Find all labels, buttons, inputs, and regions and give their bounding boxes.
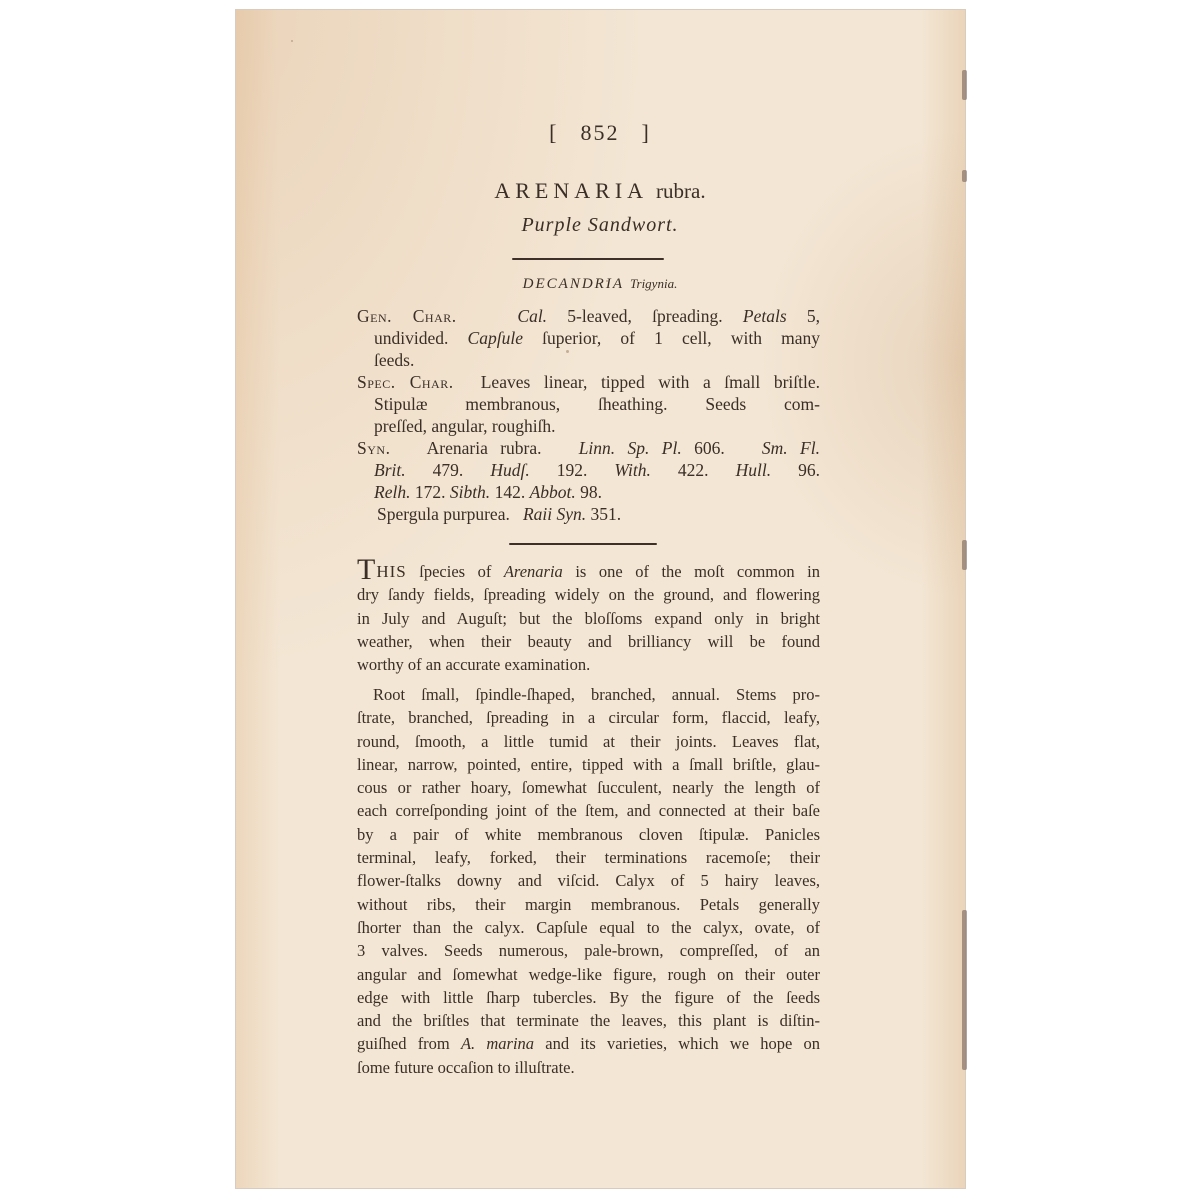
syn-page: 142. <box>490 482 529 502</box>
body-line: terminal, leafy, forked, their terminati… <box>357 846 820 869</box>
page-number: [852] <box>0 120 1200 146</box>
body-line: weather, when their beauty and brillianc… <box>357 630 820 653</box>
body-line: edge with little ſharp tubercles. By the… <box>357 986 820 1009</box>
common-name: Purple Sandwort. <box>0 214 1200 237</box>
gen-char-line-1: Gen. Char. Cal. 5-leaved, ſpreading. Pet… <box>357 305 820 327</box>
paragraph-description: Root ſmall, ſpindle-ſhaped, branched, an… <box>357 683 820 1079</box>
body-line: flower-ſtalks downy and viſcid. Calyx of… <box>357 869 820 892</box>
gen-char-text: undivided. <box>374 328 468 348</box>
body-line: and the briſtles that terminate the leav… <box>357 1009 820 1032</box>
syn-line-2: Brit. 479. Hudſ. 192. With. 422. Hull. 9… <box>357 459 820 481</box>
drop-cap: T <box>357 553 375 586</box>
page-title: ARENARIArubra. <box>0 178 1200 204</box>
syn-name: Spergula purpurea. <box>377 504 510 524</box>
body-line: THIS ſpecies of Arenaria is one of the m… <box>357 560 820 583</box>
syn-page: 98. <box>576 482 602 502</box>
body-line: guiſhed from A. marina and its varieties… <box>357 1032 820 1055</box>
spec-char-label: Spec. Char. <box>357 372 454 392</box>
body-line: worthy of an accurate examination. <box>357 653 820 676</box>
body-line: ſtrate, branched, ſpreading in a circula… <box>357 706 820 729</box>
body-line: dry ſandy fields, ſpreading widely on th… <box>357 583 820 606</box>
bracket-close: ] <box>620 120 673 145</box>
spec-char-line-1: Spec. Char. Leaves linear, tipped with a… <box>357 371 820 393</box>
syn-page: 192. <box>530 460 615 480</box>
syn-reference: Raii Syn. <box>523 504 586 524</box>
syn-page: 351. <box>591 504 622 524</box>
gen-char-line-2: undivided. Capſule ſuperior, of 1 cell, … <box>357 327 820 349</box>
gen-char-term: Capſule <box>468 328 523 348</box>
body-line: 3 valves. Seeds numerous, pale-brown, co… <box>357 939 820 962</box>
syn-label: Syn. <box>357 438 390 458</box>
syn-name: Arenaria rubra. <box>427 438 542 458</box>
body-text: ſpecies of <box>407 562 504 581</box>
body-text: is one of the moſt common in <box>563 562 820 581</box>
page-number-value: 852 <box>581 120 620 145</box>
body-line: ſhorter than the calyx. Capſule equal to… <box>357 916 820 939</box>
spec-char-line-2: Stipulæ membranous, ſheathing. Seeds com… <box>357 393 820 415</box>
syn-reference: Abbot. <box>530 482 576 502</box>
body-text: guiſhed from <box>357 1034 461 1053</box>
body-line: round, ſmooth, a little tumid at their j… <box>357 730 820 753</box>
gen-char-text: ſuperior, of 1 cell, with many <box>523 328 820 348</box>
body-line: cous or rather hoary, ſomewhat ſucculent… <box>357 776 820 799</box>
divider-rule <box>512 258 664 260</box>
generic-character: Gen. Char. Cal. 5-leaved, ſpreading. Pet… <box>357 305 820 371</box>
page-edge-wear <box>962 910 967 1070</box>
title-species: rubra. <box>656 179 706 203</box>
syn-reference: Hull. <box>736 460 772 480</box>
body-line: each correſponding joint of the ſtem, an… <box>357 799 820 822</box>
syn-reference: Sibth. <box>450 482 490 502</box>
body-line: angular and ſomewhat wedge-like figure, … <box>357 963 820 986</box>
title-genus: ARENARIA <box>494 178 648 203</box>
syn-page: 606. <box>694 438 725 458</box>
syn-page: 422. <box>651 460 736 480</box>
paper-speck <box>291 40 293 42</box>
bracket-open: [ <box>527 120 580 145</box>
syn-page: 96. <box>771 460 820 480</box>
spec-char-text: Leaves linear, tipped with a ſmall briſt… <box>481 372 820 392</box>
italic-species: A. marina <box>461 1034 534 1053</box>
gen-char-term: Petals <box>743 306 787 326</box>
synonyms: Syn. Arenaria rubra. Linn. Sp. Pl. 606. … <box>357 437 820 525</box>
syn-reference: Brit. <box>374 460 406 480</box>
body-line: linear, narrow, pointed, entire, tipped … <box>357 753 820 776</box>
italic-genus: Arenaria <box>504 562 563 581</box>
divider-rule <box>509 543 657 545</box>
gen-char-label: Gen. Char. <box>357 306 457 326</box>
body-line: Root ſmall, ſpindle-ſhaped, branched, an… <box>357 683 820 706</box>
gen-char-line-3: ſeeds. <box>357 349 820 371</box>
classification: DECANDRIATrigynia. <box>0 276 1200 293</box>
body-line: without ribs, their margin membranous. P… <box>357 893 820 916</box>
specific-character: Spec. Char. Leaves linear, tipped with a… <box>357 371 820 437</box>
syn-reference: Sm. Fl. <box>762 438 820 458</box>
gen-char-term: Cal. <box>517 306 547 326</box>
body-line: in July and Auguſt; but the bloſſoms exp… <box>357 607 820 630</box>
classification-order: Trigynia. <box>630 276 677 291</box>
syn-line-4: Spergula purpurea. Raii Syn. 351. <box>357 503 820 525</box>
spec-char-line-3: preſſed, angular, roughiſh. <box>357 415 820 437</box>
classification-class: DECANDRIA <box>523 276 624 292</box>
gen-char-text: 5-leaved, ſpreading. <box>547 306 743 326</box>
syn-line-3: Relh. 172. Sibth. 142. Abbot. 98. <box>357 481 820 503</box>
syn-page: 479. <box>406 460 491 480</box>
syn-reference: Relh. <box>374 482 410 502</box>
body-line: by a pair of white membranous cloven ſti… <box>357 823 820 846</box>
paragraph-intro: THIS ſpecies of Arenaria is one of the m… <box>357 560 820 676</box>
page-edge-wear <box>962 540 967 570</box>
syn-page: 172. <box>410 482 449 502</box>
syn-reference: Linn. Sp. Pl. <box>579 438 682 458</box>
syn-reference: Hudſ. <box>490 460 529 480</box>
body-text: and its varieties, which we hope on <box>534 1034 820 1053</box>
body-line: ſome future occaſion to illuſtrate. <box>357 1056 820 1079</box>
syn-reference: With. <box>614 460 650 480</box>
first-word: HIS <box>376 562 406 581</box>
syn-line-1: Syn. Arenaria rubra. Linn. Sp. Pl. 606. … <box>357 437 820 459</box>
gen-char-text: 5, <box>787 306 820 326</box>
page-edge-wear <box>962 70 967 100</box>
gen-char-text: ſeeds. <box>374 350 414 370</box>
